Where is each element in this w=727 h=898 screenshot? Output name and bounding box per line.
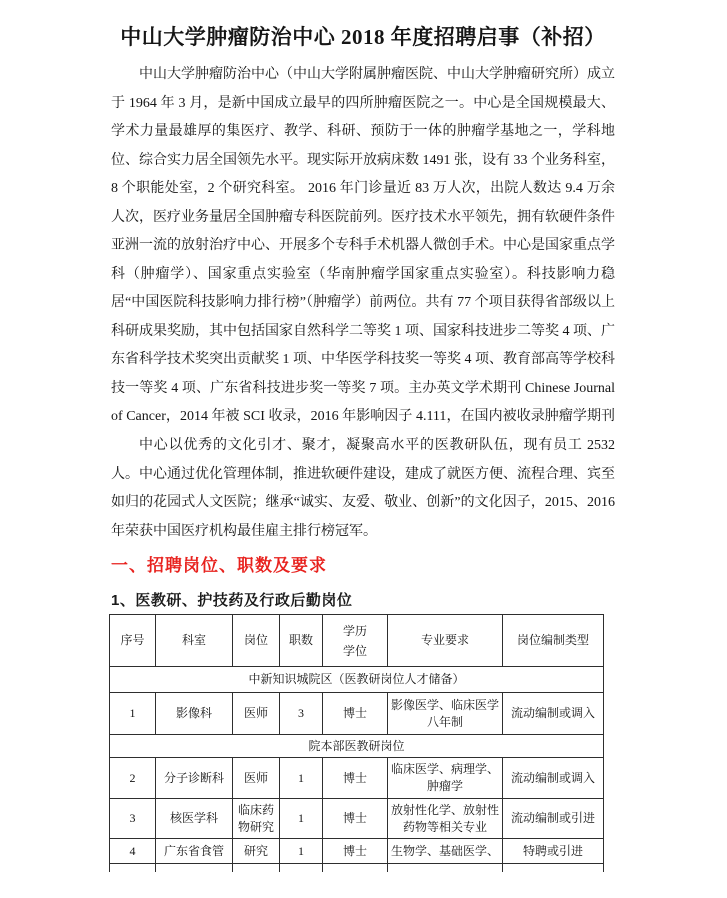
cell-degree: 博士 — [323, 839, 388, 864]
cell-type: 流动编制或调入 — [503, 693, 604, 735]
cell-type: 流动编制或调入 — [503, 758, 604, 799]
table-row: 3 核医学科 临床药物研究 1 博士 放射性化学、放射性药物等相关专业 流动编制… — [110, 799, 604, 839]
group-title: 中新知识城院区（医教研岗位人才储备） — [110, 667, 604, 693]
table-row: 4 广东省食管 研究 1 博士 生物学、基础医学、 特聘或引进 — [110, 839, 604, 864]
degree-header-line-2: 学位 — [325, 641, 385, 661]
cell-count: 1 — [280, 799, 323, 839]
cell-no: 4 — [110, 839, 156, 864]
cell-dept: 广东省食管 — [156, 839, 233, 864]
cell-major: 临床医学、病理学、肿瘤学 — [388, 758, 503, 799]
cell-post: 医师 — [233, 758, 280, 799]
document-title: 中山大学肿瘤防治中心 2018 年度招聘启事（补招） — [111, 22, 615, 52]
cell-dept: 影像科 — [156, 693, 233, 735]
subsection-1-heading: 1、医教研、护技药及行政后勤岗位 — [111, 590, 615, 612]
cell-type: 特聘或引进 — [503, 839, 604, 864]
table-row: 1 影像科 医师 3 博士 影像医学、临床医学八年制 流动编制或调入 — [110, 693, 604, 735]
table-group-header-main: 院本部医教研岗位 — [110, 735, 604, 758]
cell-major: 生物学、基础医学、 — [388, 839, 503, 864]
recruitment-table-container: 序号 科室 岗位 职数 学历 学位 专业要求 岗位编制类型 中新知识城院区（医教… — [109, 614, 615, 872]
cell-degree: 博士 — [323, 758, 388, 799]
cell-dept: 分子诊断科 — [156, 758, 233, 799]
cell-post: 研究 — [233, 839, 280, 864]
document-page: 中山大学肿瘤防治中心 2018 年度招聘启事（补招） 中山大学肿瘤防治中心（中山… — [0, 0, 727, 898]
table-row: 2 分子诊断科 医师 1 博士 临床医学、病理学、肿瘤学 流动编制或调入 — [110, 758, 604, 799]
cell-degree: 博士 — [323, 799, 388, 839]
cell-count: 3 — [280, 693, 323, 735]
col-header-degree: 学历 学位 — [323, 615, 388, 667]
col-header-post: 岗位 — [233, 615, 280, 667]
cell-no: 2 — [110, 758, 156, 799]
cell-no: 1 — [110, 693, 156, 735]
col-header-count: 职数 — [280, 615, 323, 667]
col-header-major: 专业要求 — [388, 615, 503, 667]
cell-major: 放射性化学、放射性药物等相关专业 — [388, 799, 503, 839]
cell-count: 1 — [280, 758, 323, 799]
cell-dept: 核医学科 — [156, 799, 233, 839]
intro-paragraph-1: 中山大学肿瘤防治中心（中山大学附属肿瘤医院、中山大学肿瘤研究所）成立于 1964… — [111, 61, 615, 432]
cell-type: 流动编制或引进 — [503, 799, 604, 839]
col-header-no: 序号 — [110, 615, 156, 667]
table-group-header-campus: 中新知识城院区（医教研岗位人才储备） — [110, 667, 604, 693]
cell-post: 临床药物研究 — [233, 799, 280, 839]
degree-header-line-1: 学历 — [325, 621, 385, 641]
col-header-dept: 科室 — [156, 615, 233, 667]
cell-degree: 博士 — [323, 693, 388, 735]
section-1-heading: 一、招聘岗位、职数及要求 — [111, 554, 615, 578]
cell-major: 影像医学、临床医学八年制 — [388, 693, 503, 735]
table-header-row: 序号 科室 岗位 职数 学历 学位 专业要求 岗位编制类型 — [110, 615, 604, 667]
cell-no: 3 — [110, 799, 156, 839]
cell-post: 医师 — [233, 693, 280, 735]
cell-count: 1 — [280, 839, 323, 864]
group-title: 院本部医教研岗位 — [110, 735, 604, 758]
clipped-partial-row — [110, 864, 604, 873]
intro-paragraph-2: 中心以优秀的文化引才、聚才，凝聚高水平的医教研队伍，现有员工 2532 人。中心… — [111, 432, 615, 546]
recruitment-table: 序号 科室 岗位 职数 学历 学位 专业要求 岗位编制类型 中新知识城院区（医教… — [109, 614, 604, 872]
col-header-type: 岗位编制类型 — [503, 615, 604, 667]
